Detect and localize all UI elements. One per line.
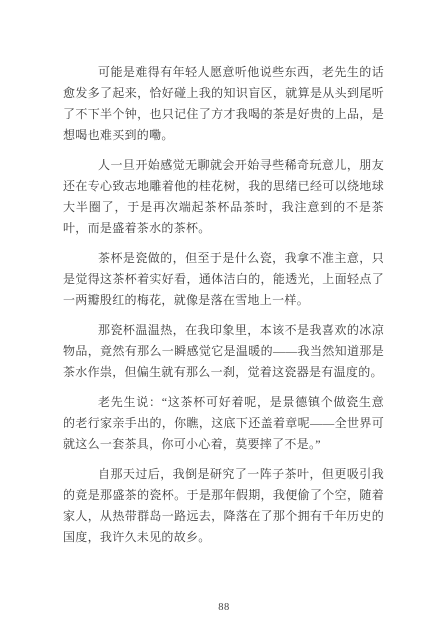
paragraph: 那瓷杯温温热，在我印象里，本该不是我喜欢的冰凉物品，竟然有那么一瞬感觉它是温暖的… — [63, 320, 384, 383]
page-number: 88 — [0, 602, 448, 613]
paragraph: 自那天过后，我倒是研究了一阵子茶叶，但更吸引我的竟是那盛茶的瓷杯。于是那年假期，… — [63, 464, 384, 548]
paragraph: 可能是难得有年轻人愿意听他说些东西，老先生的话愈发多了起来，恰好碰上我的知识盲区… — [63, 62, 384, 146]
document-page: 可能是难得有年轻人愿意听他说些东西，老先生的话愈发多了起来，恰好碰上我的知识盲区… — [0, 0, 448, 640]
paragraph: 茶杯是瓷做的，但至于是什么瓷，我拿不准主意，只是觉得这茶杯着实好看，通体洁白的，… — [63, 248, 384, 311]
document-content: 可能是难得有年轻人愿意听他说些东西，老先生的话愈发多了起来，恰好碰上我的知识盲区… — [63, 62, 384, 557]
paragraph: 老先生说：“这茶杯可好着呢，是景德镇个做瓷生意的老行家亲手出的，你瞧，这底下还盖… — [63, 392, 384, 455]
paragraph: 人一旦开始感觉无聊就会开始寻些稀奇玩意儿，朋友还在专心致志地雕着他的桂花树，我的… — [63, 155, 384, 239]
